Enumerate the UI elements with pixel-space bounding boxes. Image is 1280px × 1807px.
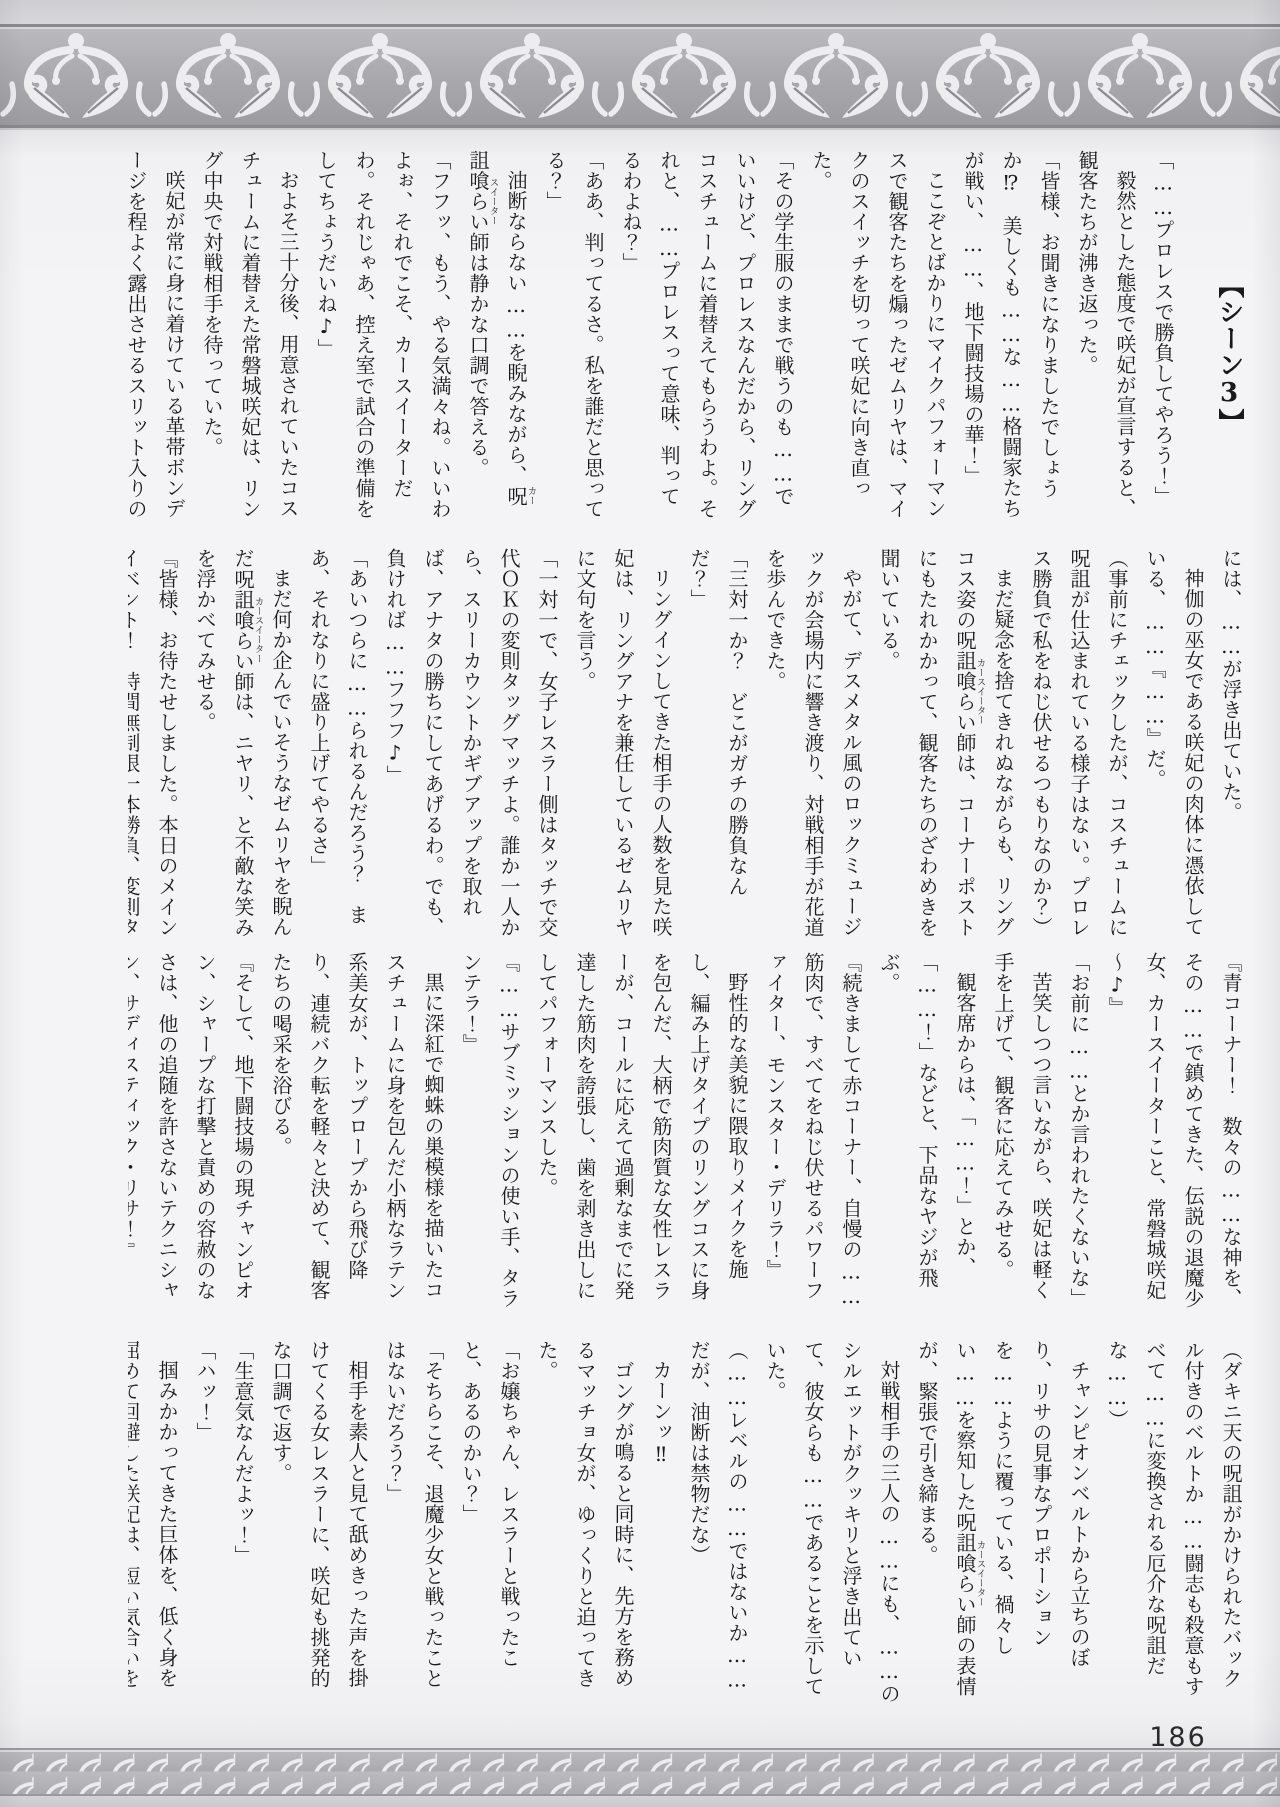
paragraph: 『……サブミッションの使い手、タランテラ！』 (452, 952, 528, 1316)
decorative-border-top (0, 24, 1280, 130)
paragraph: （ダキニ天の呪詛がかけられたバックル付きのベルトか……闘志も殺意もすべて……に変… (1098, 1340, 1250, 1704)
paragraph: やがて、デスメタル風のロックミュージックが会場内に響き渡り、対戦相手が花道を歩ん… (756, 548, 870, 944)
paragraph: 「その学生服のままで戦うのも……でいいけど、プロレスなんだから、リングコスチュー… (612, 150, 802, 522)
paragraph: 「あいつらに……られるんだろう？ まあ、それなりに盛り上げてやるさ」 (300, 548, 376, 944)
paragraph: 相手を素人と見て舐めきった声を掛けてくる女レスラーに、咲妃も挑発的な口調で返す。 (262, 1340, 376, 1704)
paragraph: には、……が浮き出ていた。 (1212, 548, 1250, 944)
paragraph: 「ハッ！」 (186, 1340, 224, 1704)
paragraph: 苦笑しつつ言いながら、咲妃は軽く手を上げて、観客に応えてみせる。 (984, 952, 1060, 1316)
paragraph: 「一対一で、女子レスラー側はタッチで交代ＯＫの変則タッグマッチよ。誰か一人から、… (376, 548, 566, 944)
paragraph: 『続きまして赤コーナー、自慢の……筋肉で、すべてをねじ伏せるパワーファイター、モ… (756, 952, 870, 1316)
paragraph: 毅然とした態度で咲妃が宣言すると、観客たちが沸き返った。 (1068, 150, 1144, 522)
paragraph: （事前にチェックしたが、コスチュームに呪詛が仕込まれている様子はない。プロレス勝… (1022, 548, 1136, 944)
paragraph: 「そちらこそ、退魔少女と戦ったことはないだろう？」 (376, 1340, 452, 1704)
paragraph: ここぞとばかりにマイクパフォーマンスで観客たちを煽ったゼムリヤは、マイクのスイッ… (802, 150, 954, 522)
band-4: （ダキニ天の呪詛がかけられたバックル付きのベルトか……闘志も殺意もすべて……に変… (128, 1340, 1250, 1704)
paragraph: 「お嬢ちゃん、レスラーと戦ったこと、あるのかい？」 (452, 1340, 528, 1704)
paragraph: 『皆様、お待たせしました。本日のメインイベント！ 時間無制限一本勝負、変則タッグ… (128, 548, 186, 944)
paragraph: 「フフッ、もう、やる気満々ね。いいわよぉ、それでこそ、カースイーターだわ。それじ… (307, 150, 459, 522)
paragraph: 神伽の巫女である咲妃の肉体に憑依している、……『……』だ。 (1136, 548, 1212, 944)
decorative-border-bottom (0, 1748, 1280, 1798)
scene-header: 【シーン3】 (1208, 150, 1250, 522)
paragraph: リングインしてきた相手の人数を見た咲妃は、リングアナを兼任しているゼムリヤに文句… (566, 548, 680, 944)
paragraph: 「皆様、お聞きになりましたでしょうか⁉ 美しくも……な……格闘家たちが戦い、……… (954, 150, 1068, 522)
paragraph: 野性的な美貌に隈取りメイクを施し、編み上げタイプのリングコスに身を包んだ、大柄で… (528, 952, 756, 1316)
paragraph: 咲妃が常に身に着けている革帯ボンデージを程よく露出させるスリット入りのレオタード… (128, 150, 193, 522)
paragraph: チャンピオンベルトから立ちのぼり、リサの見事なプロポーションを……ように覆ってい… (908, 1340, 1098, 1704)
paragraph: 掴みかかってきた巨体を、低く身を屈めて回避した咲妃は、短い気合いを発しつつ、足元… (128, 1340, 186, 1704)
paragraph: ゴングが鳴ると同時に、先方を務めるマッチョ女が、ゆっくりと迫ってきた。 (528, 1340, 642, 1704)
paragraph: カーンッ‼ (642, 1340, 680, 1704)
paragraph: （……レベルの……ではないか……だが、油断は禁物だな） (680, 1340, 756, 1704)
band-3: 『青コーナー！ 数々の……な神を、その……で鎮めてきた、伝説の退魔少女、カースイ… (128, 952, 1250, 1316)
paragraph: 「生意気なんだよッ！」 (224, 1340, 262, 1704)
paragraph: まだ疑念を捨てきれぬながらも、リングコス姿の呪詛喰らい師カースイーターは、コーナ… (870, 548, 1022, 944)
band-2: には、……が浮き出ていた。神伽の巫女である咲妃の肉体に憑依している、……『……』… (128, 548, 1250, 944)
paragraph: 「……プロレスで勝負してやろう！」 (1144, 150, 1182, 522)
paragraph: 「三対一か？ どこがガチの勝負なんだ？」 (680, 548, 756, 944)
book-page: 【シーン3】 「……プロレスで勝負してやろう！」毅然とした態度で咲妃が宣言すると… (0, 0, 1280, 1807)
paragraph: 油断ならない……を睨みながら、呪詛喰らい師カースイーターは静かな口調で答える。 (459, 150, 536, 522)
paragraph: 『青コーナー！ 数々の……な神を、その……で鎮めてきた、伝説の退魔少女、カースイ… (1098, 952, 1250, 1316)
band-1: 【シーン3】 「……プロレスで勝負してやろう！」毅然とした態度で咲妃が宣言すると… (128, 150, 1250, 522)
paragraph: 観客席からは、「……！」とか、「……！」などと、下品なヤジが飛ぶ。 (870, 952, 984, 1316)
paragraph: 対戦相手の三人の……にも、……のシルエットがクッキリと浮き出ていて、彼女らも……… (756, 1340, 908, 1704)
paragraph: 「ああ、判ってるさ。私を誰だと思ってる？」 (536, 150, 612, 522)
paragraph: 黒に深紅で蜘蛛の巣模様を描いたコスチュームに身を包んだ小柄なラテン系美女が、トッ… (262, 952, 452, 1316)
paragraph: 『そして、地下闘技場の現チャンピオン、シャープな打撃と責めの容赦のなさは、他の追… (128, 952, 262, 1316)
paragraph: およそ三十分後、用意されていたコスチュームに着替えた常磐城咲妃は、リング中央で対… (193, 150, 307, 522)
paragraph: まだ何か企んでいそうなゼムリヤを睨んだ呪詛喰らい師カースイーターは、ニヤリ、と不… (186, 548, 300, 944)
paragraph: 「お前に……とか言われたくないな」 (1060, 952, 1098, 1316)
